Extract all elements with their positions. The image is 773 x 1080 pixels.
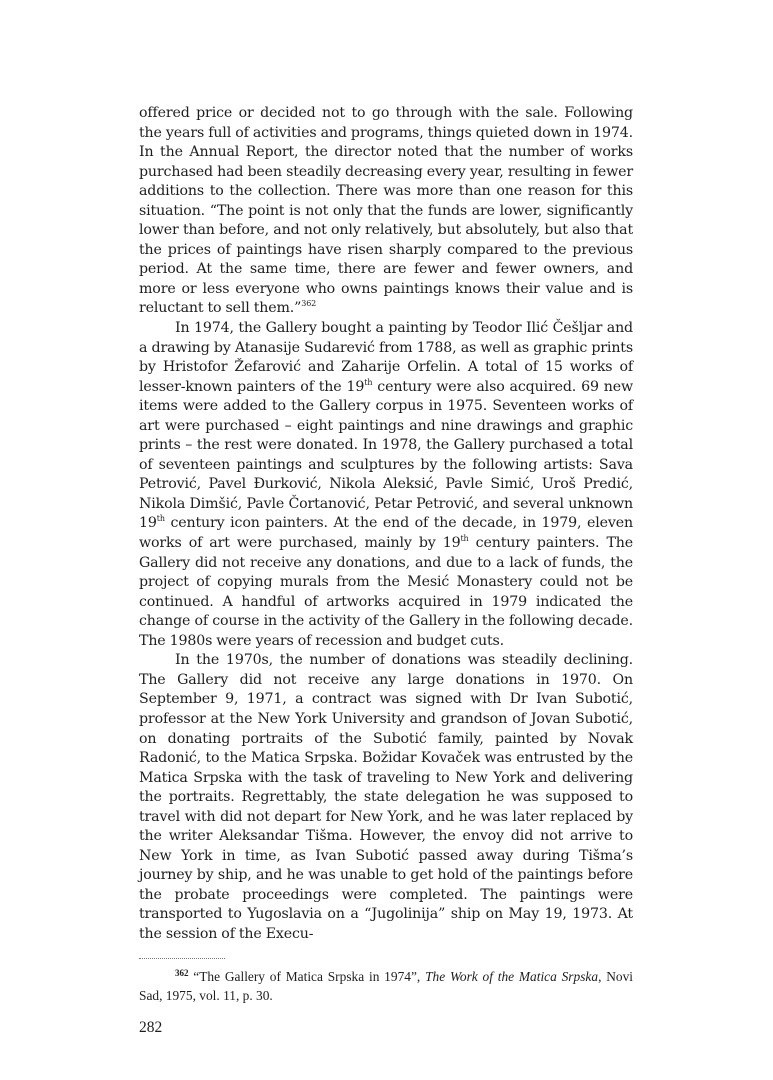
paragraph-text: offered price or decided not to go throu…: [139, 105, 633, 316]
book-page: offered price or decided not to go throu…: [139, 104, 633, 1037]
footnote-number: 362: [175, 968, 189, 978]
footnote-reference[interactable]: 362: [301, 299, 316, 308]
footnote-text: “The Gallery of Matica Srpska in 1974”,: [189, 969, 426, 984]
footnote-divider: [139, 958, 225, 959]
paragraph-text: century painters. The Gallery did not re…: [139, 535, 633, 649]
ordinal-suffix: th: [157, 514, 165, 523]
footnote-title: The Work of the Matica Srpska: [425, 969, 598, 984]
paragraph-1: offered price or decided not to go throu…: [139, 104, 633, 319]
ordinal-suffix: th: [460, 534, 468, 543]
footnote: 362 “The Gallery of Matica Srpska in 197…: [139, 967, 633, 1005]
paragraph-3: In the 1970s, the number of donations wa…: [139, 651, 633, 944]
body-text: offered price or decided not to go throu…: [139, 104, 633, 945]
paragraph-2: In 1974, the Gallery bought a painting b…: [139, 319, 633, 651]
paragraph-text: century were also acquired. 69 new items…: [139, 379, 633, 532]
page-number: 282: [139, 1019, 633, 1037]
paragraph-text: In the 1970s, the number of donations wa…: [139, 652, 633, 942]
